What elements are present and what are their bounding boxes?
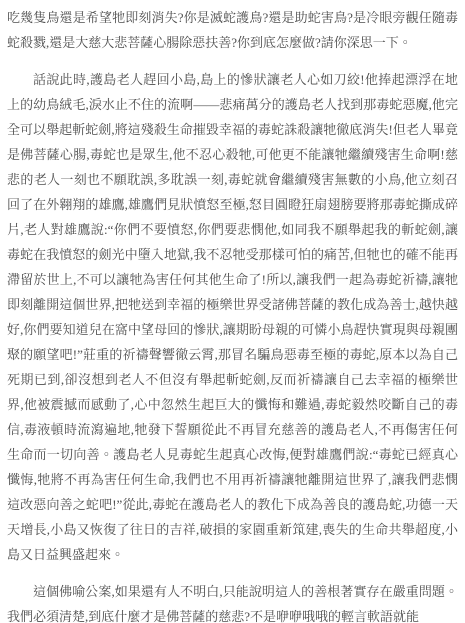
paragraph-commentary: 這個佛喻公案,如果還有人不明白,只能說明這人的善根著實存在嚴重問題。我們必須清楚… bbox=[7, 579, 458, 623]
paragraph-continuation: 吃幾隻鳥還是希望牠即刻消失?你是滅蛇護鳥?還是助蛇害鳥?是冷眼旁觀任隨毒蛇殺戮,… bbox=[7, 5, 458, 55]
paragraph-story: 話說此時,護島老人趕回小島,島上的慘狀讓老人心如刀絞!他捧起漂浮在地上的幼鳥絨毛… bbox=[7, 67, 458, 567]
document-page: 吃幾隻鳥還是希望牠即刻消失?你是滅蛇護鳥?還是助蛇害鳥?是冷眼旁觀任隨毒蛇殺戮,… bbox=[0, 0, 465, 623]
